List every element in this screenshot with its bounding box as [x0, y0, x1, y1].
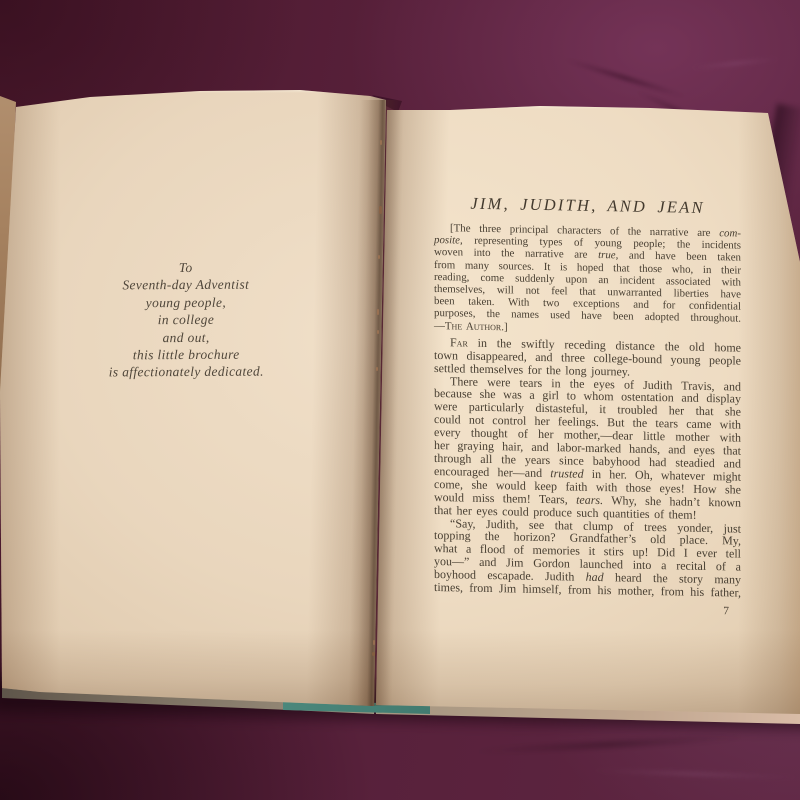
paragraph: [The three principal characters of the n…: [434, 222, 741, 337]
dedication-line: in college: [50, 311, 322, 330]
fabric-fold: [562, 57, 687, 99]
fabric-fold: [470, 735, 750, 755]
dedication-line: Seventh-day Adventist: [50, 276, 322, 295]
binding-stitch: [378, 255, 380, 259]
paragraph: “Say, Judith, see that clump of trees yo…: [434, 517, 741, 600]
dedication-line: young people,: [50, 293, 322, 312]
page-top-highlight: [0, 88, 400, 93]
dedication-line: To: [50, 258, 322, 277]
chapter-title: JIM, JUDITH, AND JEAN: [434, 192, 741, 220]
fabric-fold: [590, 768, 800, 779]
dedication-line: is affectionately dedicated.: [50, 363, 322, 382]
binding-stitch: [380, 140, 382, 145]
page-number: 7: [434, 600, 741, 618]
body-text: Far in the swiftly receding distance the…: [434, 336, 741, 600]
fabric-fold: [690, 57, 780, 69]
page-top-highlight: [380, 104, 800, 109]
right-page-text-block: JIM, JUDITH, AND JEAN [The three princip…: [434, 192, 741, 618]
binding-stitch: [376, 367, 378, 371]
binding-stitch: [377, 309, 379, 315]
dedication: ToSeventh-day Adventistyoung people,in c…: [50, 258, 323, 381]
authors-note: [The three principal characters of the n…: [434, 222, 741, 337]
binding-stitch: [372, 652, 375, 656]
binding-stitch: [379, 206, 382, 214]
binding-stitch: [377, 330, 379, 334]
dedication-line: this little brochure: [50, 345, 322, 364]
dedication-line: and out,: [50, 328, 322, 347]
binding-stitch: [373, 640, 375, 645]
photo-scene: ToSeventh-day Adventistyoung people,in c…: [0, 0, 800, 800]
paragraph: There were tears in the eyes of Judith T…: [434, 375, 741, 523]
